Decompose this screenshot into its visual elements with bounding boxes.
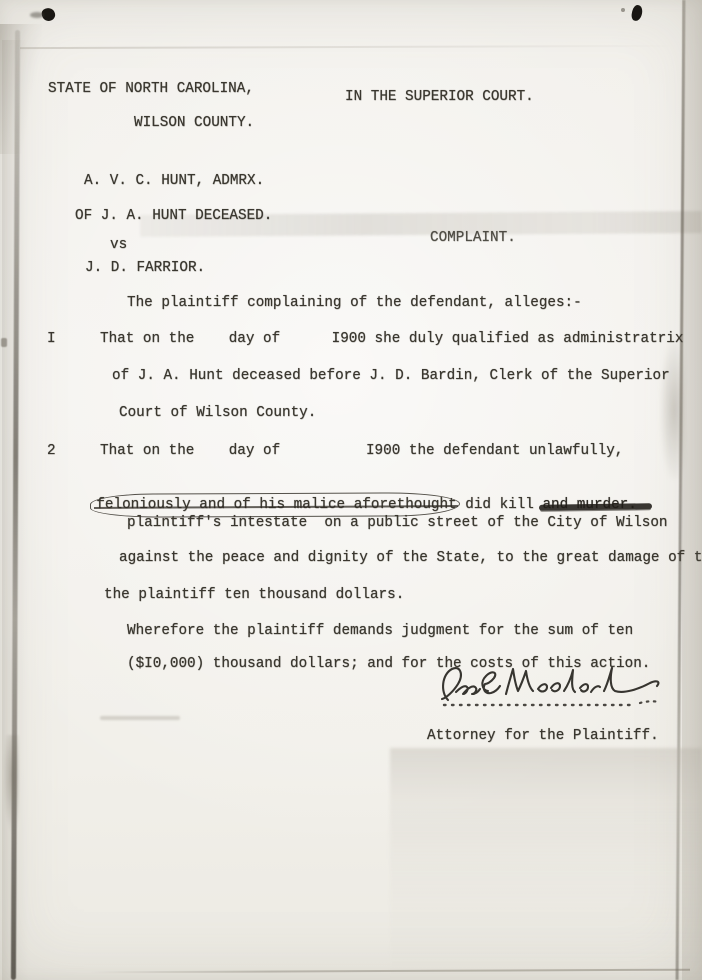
scan-vignette [0, 0, 702, 980]
scanned-legal-document-page: STATE OF NORTH CAROLINA, IN THE SUPERIOR… [0, 0, 702, 980]
